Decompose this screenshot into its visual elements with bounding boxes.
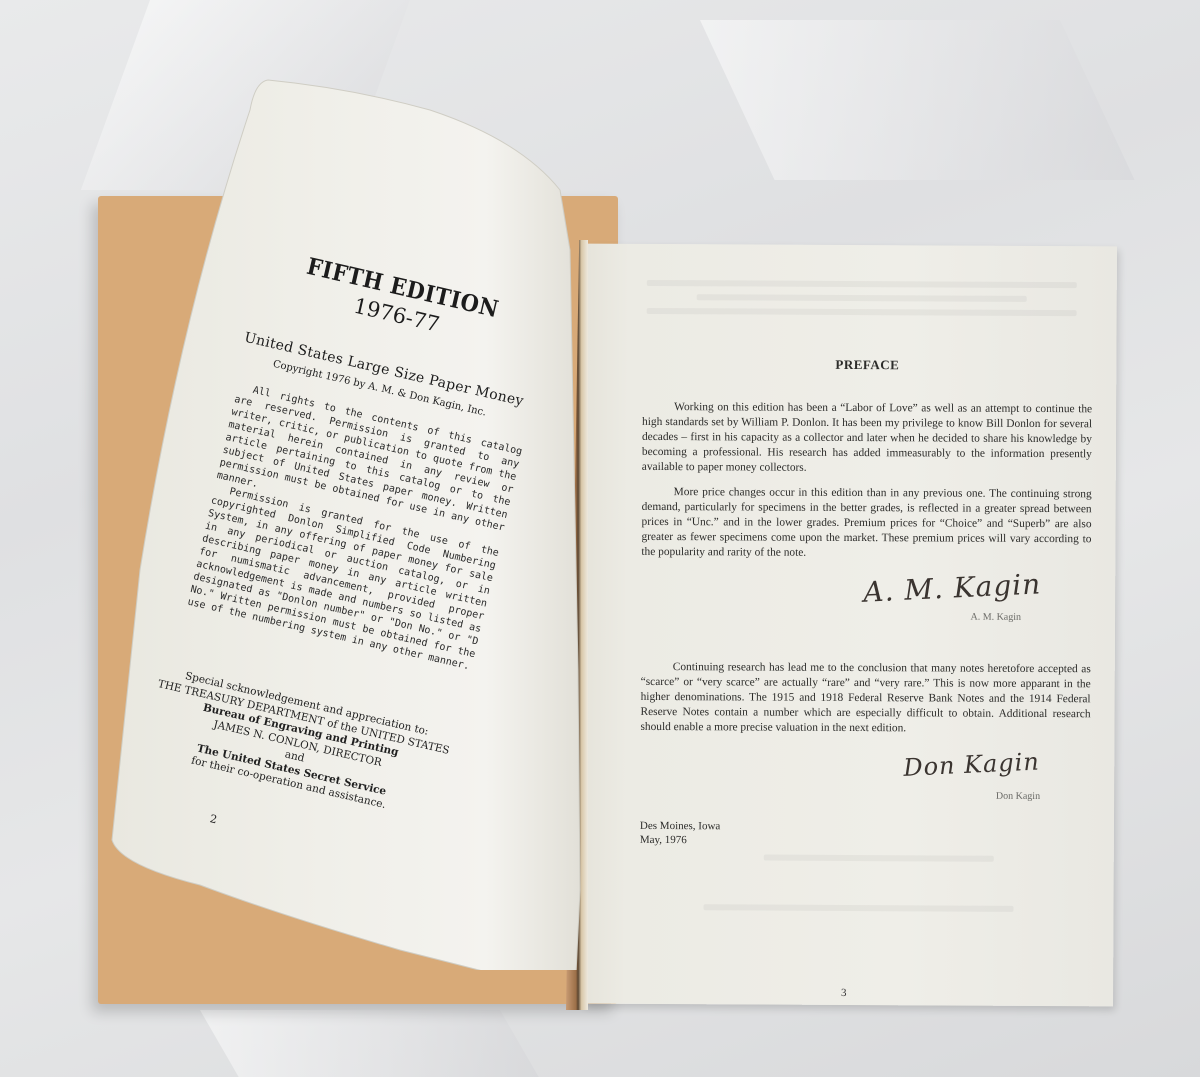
cloth-fold [700, 20, 1135, 180]
show-through-text [764, 855, 994, 862]
page-number: 3 [841, 987, 847, 999]
cloth-fold [200, 1010, 539, 1077]
preface-paragraph: Continuing research has lead me to the c… [640, 660, 1090, 737]
show-through-text [647, 280, 1077, 288]
show-through-text [704, 904, 1014, 912]
preface-paragraph: Working on this edition has been a “Labo… [642, 400, 1092, 477]
acknowledgement: Special scknowledgement and appreciation… [126, 661, 469, 827]
rights-notice: All rights to the contents of this catal… [186, 380, 523, 674]
place-date: Des Moines, Iowa May, 1976 [640, 819, 1090, 849]
signer-name: A. M. Kagin [970, 612, 1021, 623]
signature-a-m-kagin: A. M. Kagin A. M. Kagin [641, 570, 1051, 634]
place: Des Moines, Iowa [640, 819, 1090, 835]
signer-name: Don Kagin [996, 791, 1040, 802]
page-2: FIFTH EDITION 1976-77 United States Larg… [100, 70, 620, 970]
preface-paragraph: More price changes occur in this edition… [641, 485, 1091, 562]
handwritten-signature: A. M. Kagin [863, 567, 1042, 608]
date: May, 1976 [640, 833, 1090, 849]
preface-title: PREFACE [642, 356, 1092, 374]
show-through-text [647, 308, 1077, 316]
handwritten-signature: Don Kagin [903, 747, 1041, 781]
signature-don-kagin: Don Kagin Don Kagin [640, 749, 1050, 813]
page-3: PREFACE Working on this edition has been… [583, 244, 1117, 1007]
show-through-text [697, 294, 1027, 302]
